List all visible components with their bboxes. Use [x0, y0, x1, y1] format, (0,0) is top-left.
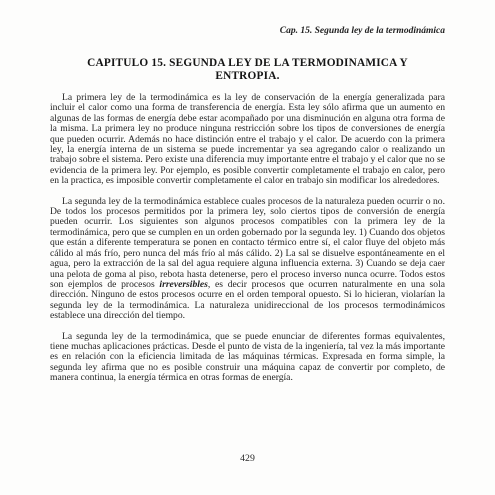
paragraph-second-law-part1: La segunda ley de la termodinámica estab…	[50, 196, 445, 290]
page-number: 429	[0, 453, 495, 464]
paragraph-applications: La segunda ley de la termodinámica, que …	[50, 332, 445, 384]
body-text: La primera ley de la termodinámica es la…	[50, 93, 445, 384]
irreversibles-emphasis: irreversibles	[159, 279, 208, 290]
chapter-title: CAPITULO 15. SEGUNDA LEY DE LA TERMODINA…	[50, 57, 445, 82]
paragraph-first-law: La primera ley de la termodinámica es la…	[50, 93, 445, 187]
paragraph-second-law: La segunda ley de la termodinámica estab…	[50, 197, 445, 322]
chapter-title-line2: ENTROPIA.	[50, 70, 445, 83]
running-header: Cap. 15. Segunda ley de la termodinámica	[50, 26, 445, 37]
book-page: Cap. 15. Segunda ley de la termodinámica…	[0, 0, 495, 495]
chapter-title-line1: CAPITULO 15. SEGUNDA LEY DE LA TERMODINA…	[50, 57, 445, 70]
